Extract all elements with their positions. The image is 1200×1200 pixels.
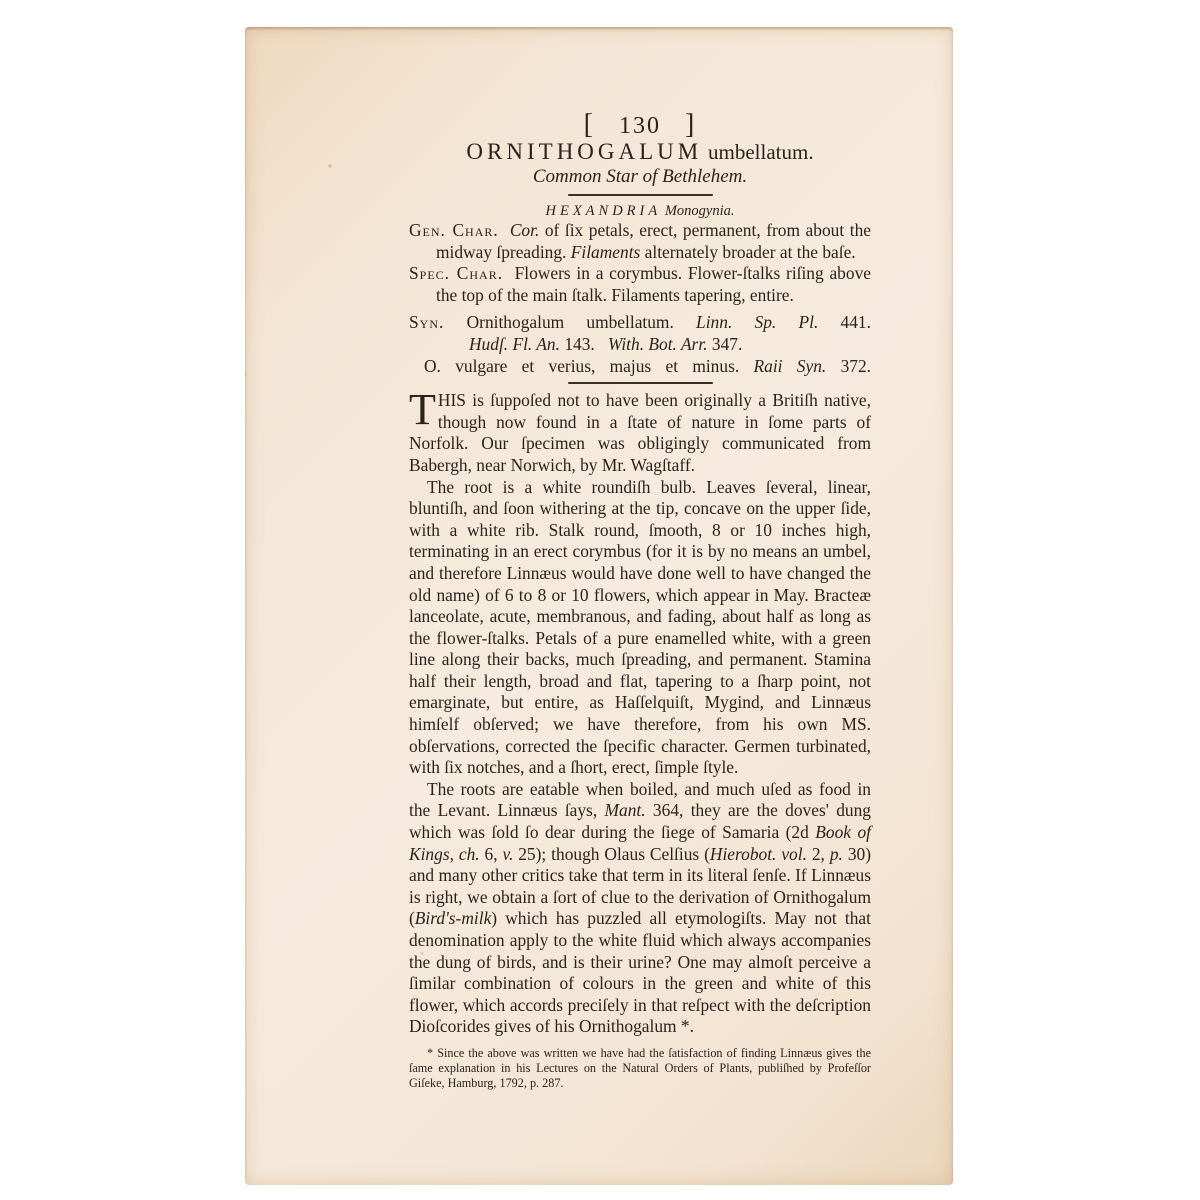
gen-char-text-italic: Cor. — [510, 220, 539, 240]
page-number: [ 130 ] — [409, 112, 871, 139]
synonym-page: 143. — [564, 334, 594, 354]
synonym-reference: Hudſ. Fl. An. — [469, 334, 560, 354]
divider-rule — [568, 194, 713, 196]
paragraph-text: 25); though Olaus Celſius ( — [513, 844, 710, 864]
bracket-close: ] — [685, 109, 696, 140]
synonym-name: Ornithogalum umbellatum. — [467, 312, 674, 332]
synonyms: Syn. Ornithogalum umbellatum. Linn. Sp. … — [409, 312, 871, 377]
synonym-name: O. vulgare et verius, majus et minus. — [424, 356, 739, 376]
bracket-open: [ — [584, 109, 595, 140]
citation: Mant. — [605, 800, 646, 820]
class-name: HEXANDRIA — [545, 203, 661, 219]
paragraph: The roots are eatable when boiled, and m… — [409, 779, 871, 1038]
paragraph: The root is a white roundiſh bulb. Leave… — [409, 477, 871, 779]
synonym-line: Syn. Ornithogalum umbellatum. Linn. Sp. … — [409, 312, 871, 334]
paragraph: THIS is ſuppoſed not to have been origin… — [409, 390, 871, 476]
paragraph-text: 2, — [807, 844, 830, 864]
species-name: umbellatum. — [708, 140, 814, 164]
citation: Hierobot. vol. — [710, 844, 807, 864]
gen-char-text: alternately broader at the baſe. — [640, 242, 855, 262]
paragraph-text: HIS is ſuppoſed not to have been origina… — [409, 390, 871, 475]
spec-char-label: Spec. Char. — [409, 263, 503, 283]
genus-name: ORNITHOGALUM — [466, 139, 702, 164]
page-number-value: 130 — [619, 113, 661, 139]
gen-char-text-italic: Filaments — [571, 242, 641, 262]
citation: Bird's-milk — [415, 908, 492, 928]
page-text-block: [ 130 ] ORNITHOGALUM umbellatum. Common … — [409, 112, 871, 1091]
description-body: THIS is ſuppoſed not to have been origin… — [409, 390, 871, 1038]
synonym-line: Hudſ. Fl. An. 143. With. Bot. Arr. 347. — [409, 334, 871, 356]
gen-char-label: Gen. Char. — [409, 220, 499, 240]
synonym-reference: Linn. Sp. Pl. — [696, 312, 818, 332]
footnote-text: * Since the above was written we have ha… — [409, 1046, 871, 1091]
order-name: Monogynia. — [665, 203, 735, 219]
synonym-reference: Raii Syn. — [754, 356, 827, 376]
synonym-page: 441. — [841, 312, 871, 332]
citation: v. — [503, 844, 514, 864]
citation: p. — [830, 844, 843, 864]
synonym-line: O. vulgare et verius, majus et minus. Ra… — [409, 356, 871, 378]
synonym-page: 347. — [712, 334, 742, 354]
specific-character: Spec. Char. Flowers in a corymbus. Flowe… — [409, 263, 871, 306]
synonym-page: 372. — [841, 356, 871, 376]
generic-character: Gen. Char. Cor. of ſix petals, erect, pe… — [409, 220, 871, 263]
footnote: * Since the above was written we have ha… — [409, 1046, 871, 1091]
linnaean-classification: HEXANDRIA Monogynia. — [409, 202, 871, 220]
paragraph-text: 6, — [480, 844, 503, 864]
species-title: ORNITHOGALUM umbellatum. — [409, 139, 871, 165]
synonym-reference: With. Bot. Arr. — [608, 334, 708, 354]
common-name: Common Star of Bethlehem. — [409, 165, 871, 189]
syn-label: Syn. — [409, 312, 444, 332]
divider-rule — [568, 382, 713, 384]
drop-cap: T — [409, 392, 436, 428]
